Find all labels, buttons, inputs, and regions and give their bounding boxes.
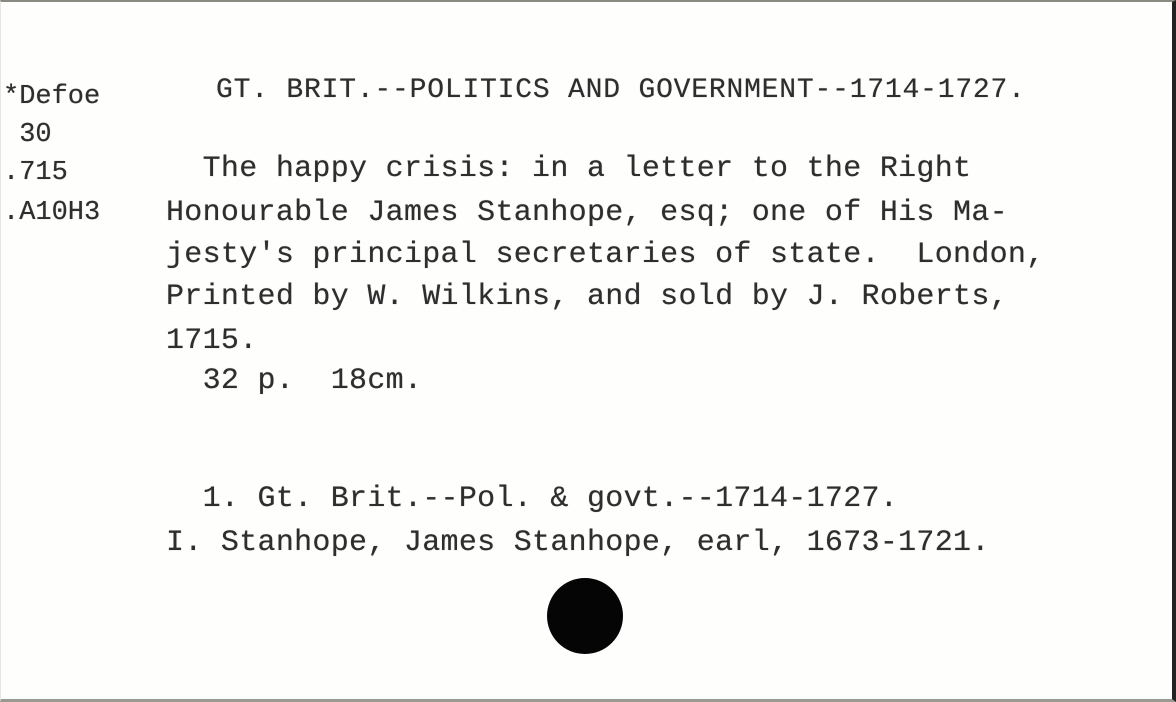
call-number-line-2: 30 xyxy=(3,120,52,150)
collation: 32 p. 18cm. xyxy=(166,362,422,400)
call-number-line-1: *Defoe xyxy=(3,82,100,112)
call-number-line-3: .715 xyxy=(3,158,68,188)
title-line-3: jesty's principal secretaries of state. … xyxy=(166,236,1045,274)
title-line-2: Honourable James Stanhope, esq; one of H… xyxy=(166,194,1008,232)
catalog-card: *Defoe 30 .715 .A10H3 GT. BRIT.--POLITIC… xyxy=(0,0,1176,702)
imprint-line: Printed by W. Wilkins, and sold by J. Ro… xyxy=(166,278,1008,316)
title-line-1: The happy crisis: in a letter to the Rig… xyxy=(166,150,971,188)
tracing-added-entry: I. Stanhope, James Stanhope, earl, 1673-… xyxy=(166,524,990,562)
call-number-line-4: .A10H3 xyxy=(3,198,100,228)
tracing-subject: 1. Gt. Brit.--Pol. & govt.--1714-1727. xyxy=(166,480,898,518)
punch-hole-icon xyxy=(547,578,623,654)
subject-heading: GT. BRIT.--POLITICS AND GOVERNMENT--1714… xyxy=(216,72,1026,110)
imprint-date: 1715. xyxy=(166,322,258,360)
